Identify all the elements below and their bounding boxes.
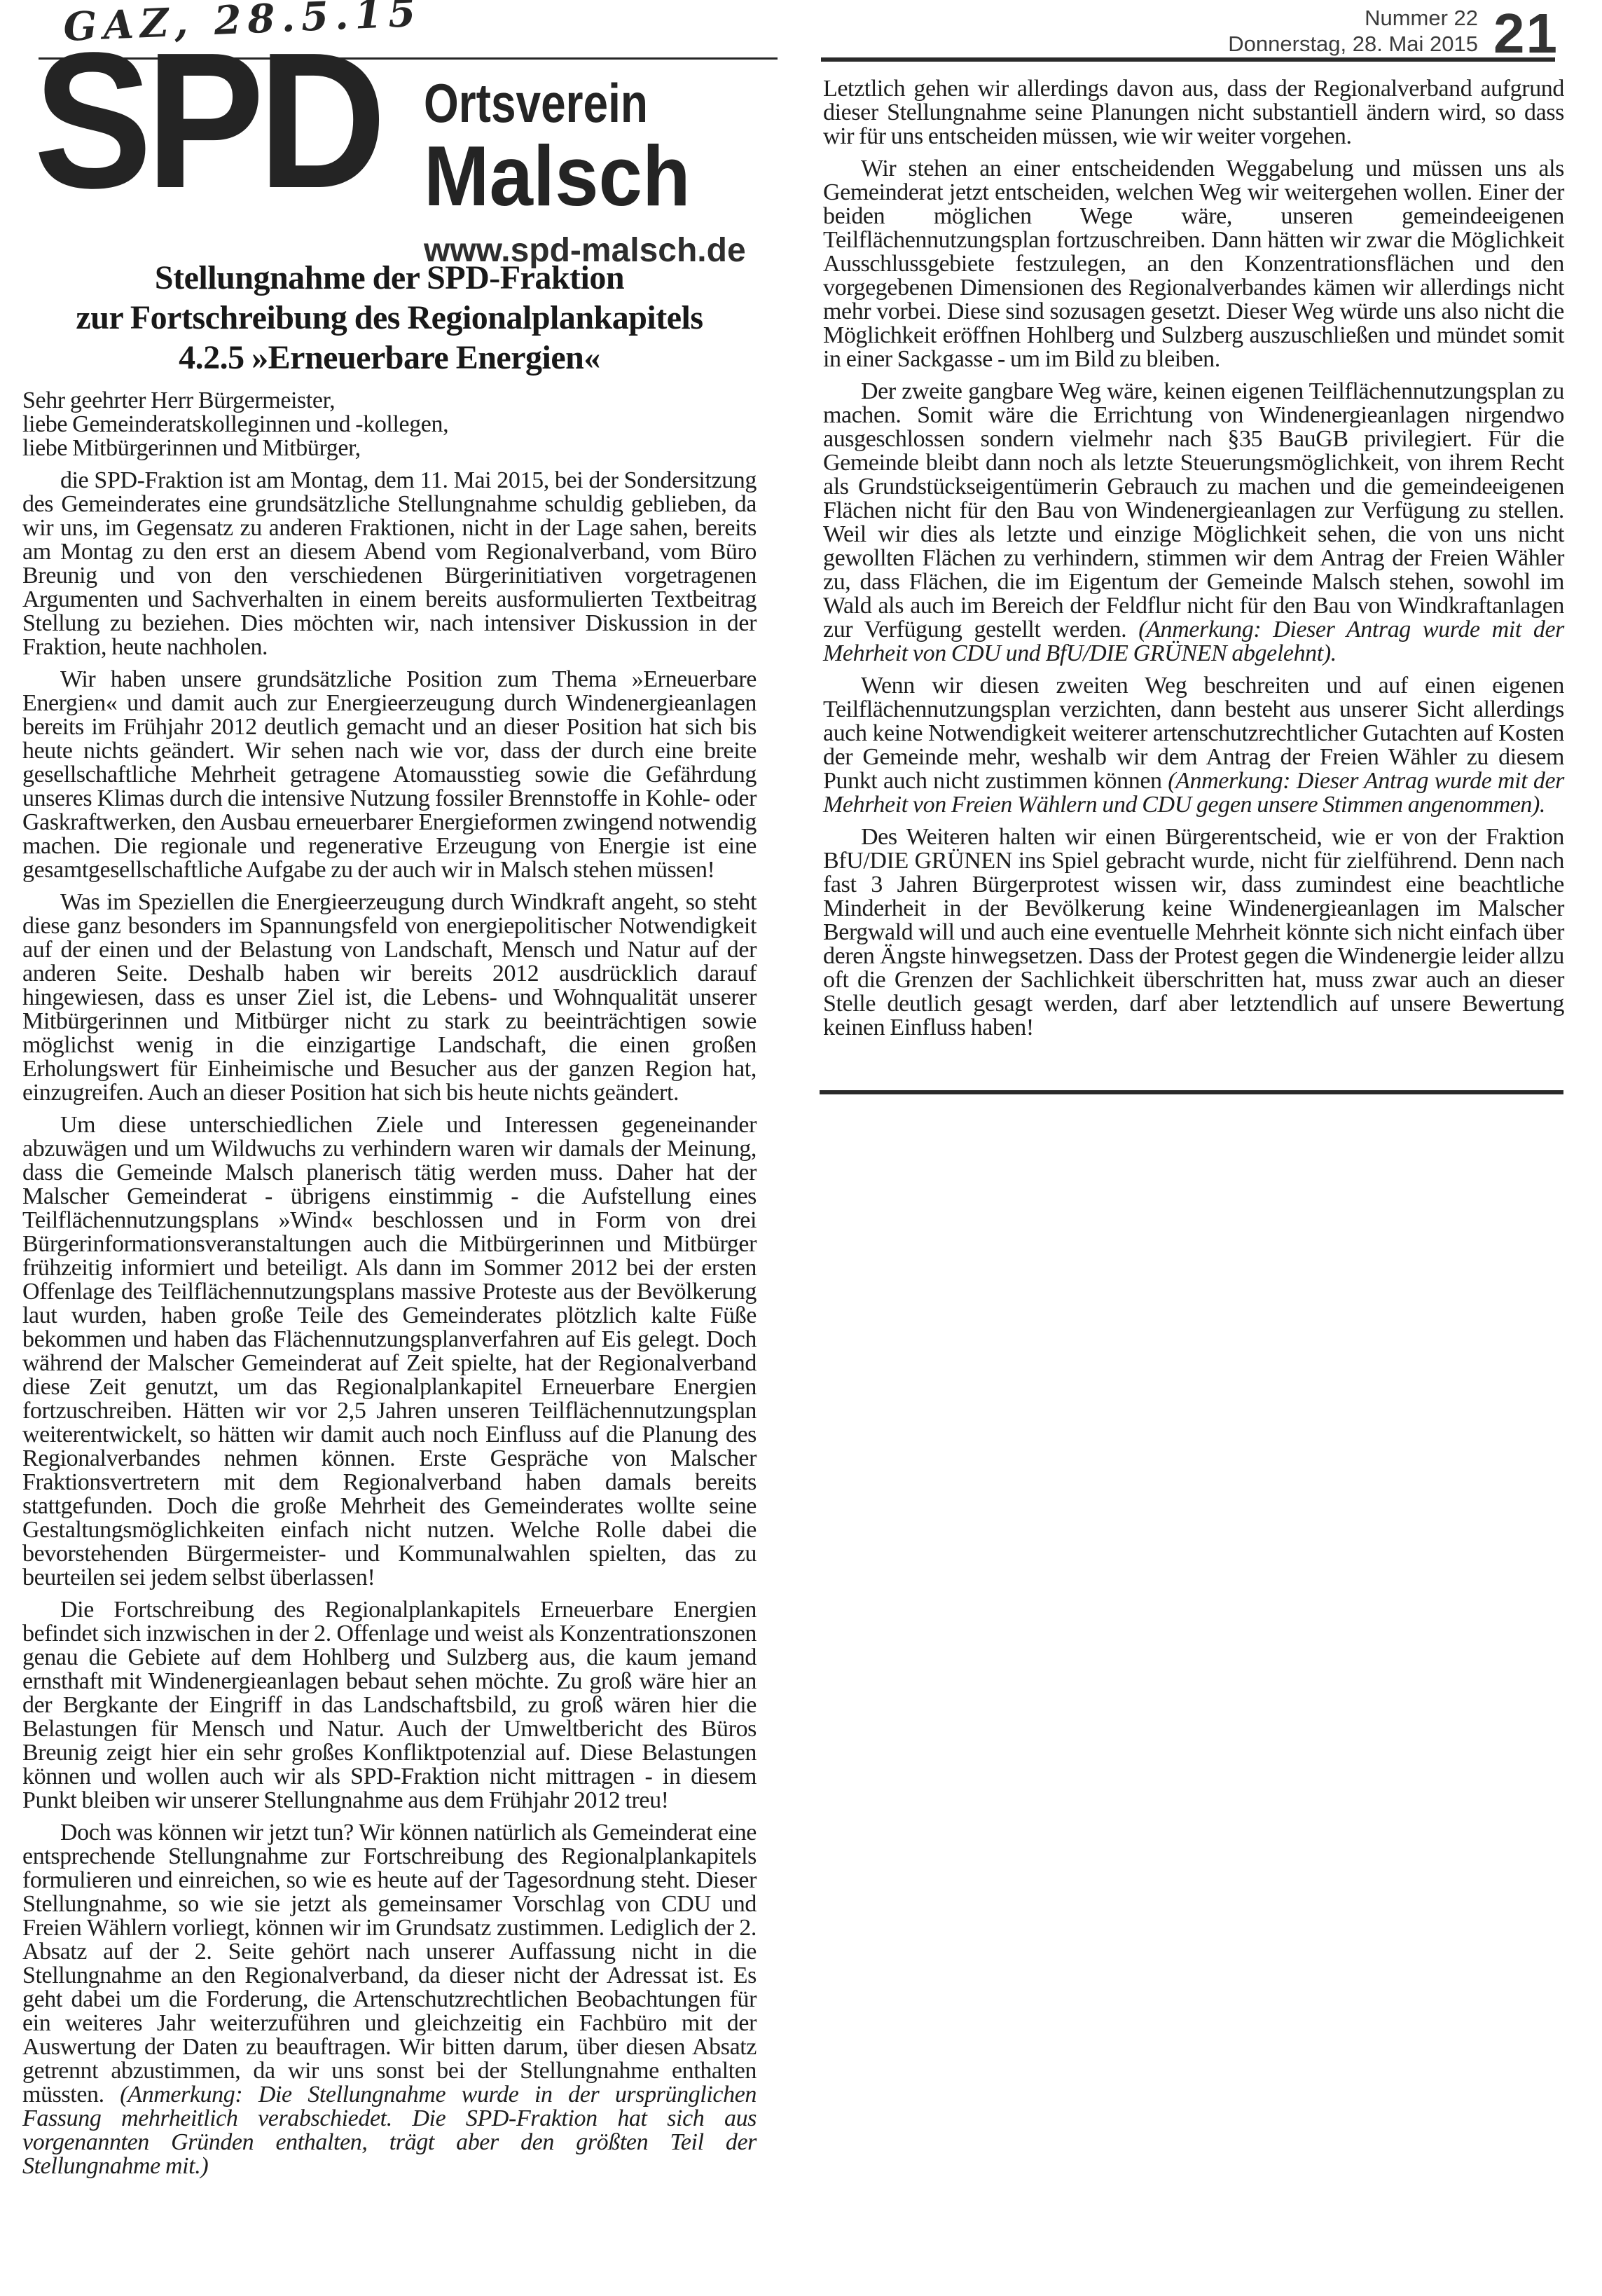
right-column-paragraphs: Letztlich gehen wir allerdings davon aus… xyxy=(823,77,1564,1040)
logo-org-line2: Malsch xyxy=(424,133,759,219)
article-title-line3: 4.2.5 »Erneuerbare Energien« xyxy=(179,339,600,376)
masthead: Nummer 22 Donnerstag, 28. Mai 2015 xyxy=(1086,7,1478,55)
logo-org-line1: Ortsverein xyxy=(424,76,722,130)
article-paragraph: Letztlich gehen wir allerdings davon aus… xyxy=(823,77,1564,149)
newspaper-page: GAZ, 28.5.15 Nummer 22 Donnerstag, 28. M… xyxy=(0,0,1602,2296)
masthead-date: Donnerstag, 28. Mai 2015 xyxy=(1086,33,1478,56)
article-paragraph: liebe Mitbürgerinnen und Mitbürger, xyxy=(22,436,757,460)
left-column-paragraphs: Sehr geehrter Herr Bürgermeister,liebe G… xyxy=(22,389,757,2178)
paragraph-text: liebe Mitbürgerinnen und Mitbürger, xyxy=(22,435,361,461)
masthead-issue: Nummer 22 xyxy=(1086,7,1478,30)
logo-org-block: Ortsverein Malsch www.spd-malsch.de xyxy=(424,76,788,268)
paragraph-text: Der zweite gangbare Weg wäre, keinen eig… xyxy=(823,378,1564,642)
article-right-column: Letztlich gehen wir allerdings davon aus… xyxy=(823,77,1564,1040)
article-title-line1: Stellungnahme der SPD-Fraktion xyxy=(155,259,624,296)
paragraph-text: Die Fortschreibung des Regionalplankapit… xyxy=(22,1597,757,1813)
article-paragraph: Sehr geehrter Herr Bürgermeister, xyxy=(22,389,757,413)
spd-logo: SPD Ortsverein Malsch www.spd-malsch.de xyxy=(34,67,790,256)
article-title-line2: zur Fortschreibung des Regionalplankapit… xyxy=(76,299,703,336)
paragraph-text: liebe Gemeinderatskolleginnen und -kolle… xyxy=(22,411,448,437)
paragraph-text: Sehr geehrter Herr Bürgermeister, xyxy=(22,387,335,413)
article-title: Stellungnahme der SPD-Fraktion zur Forts… xyxy=(22,258,757,378)
paragraph-text: Um diese unterschiedlichen Ziele und Int… xyxy=(22,1112,757,1590)
paragraph-annotation-italic: (Anmerkung: Die Stellungnahme wurde in d… xyxy=(22,2082,757,2179)
article-left-column: Stellungnahme der SPD-Fraktion zur Forts… xyxy=(22,258,757,2178)
article-paragraph: Der zweite gangbare Weg wäre, keinen eig… xyxy=(823,380,1564,666)
article-paragraph: die SPD-Fraktion ist am Montag, dem 11. … xyxy=(22,469,757,659)
article-paragraph: Des Weiteren halten wir einen Bürgerents… xyxy=(823,825,1564,1040)
paragraph-text: Wir stehen an einer entscheidenden Wegga… xyxy=(823,156,1564,372)
article-paragraph: Um diese unterschiedlichen Ziele und Int… xyxy=(22,1113,757,1590)
masthead-rule xyxy=(821,57,1555,62)
paragraph-text: Des Weiteren halten wir einen Bürgerents… xyxy=(823,824,1564,1040)
article-paragraph: Wir haben unsere grundsätzliche Position… xyxy=(22,668,757,882)
article-paragraph: Die Fortschreibung des Regionalplankapit… xyxy=(22,1598,757,1813)
paragraph-text: Doch was können wir jetzt tun? Wir könne… xyxy=(22,1820,757,2108)
article-paragraph: Wenn wir diesen zweiten Weg beschreiten … xyxy=(823,674,1564,817)
article-paragraph: Was im Speziellen die Energieerzeugung d… xyxy=(22,891,757,1105)
article-paragraph: Wir stehen an einer entscheidenden Wegga… xyxy=(823,157,1564,371)
article-paragraph: Doch was können wir jetzt tun? Wir könne… xyxy=(22,1821,757,2178)
logo-party-name: SPD xyxy=(34,24,380,217)
paragraph-text: Letztlich gehen wir allerdings davon aus… xyxy=(823,76,1564,149)
paragraph-text: Was im Speziellen die Energieerzeugung d… xyxy=(22,889,757,1106)
masthead-page-number: 21 xyxy=(1493,1,1570,66)
article-paragraph: liebe Gemeinderatskolleginnen und -kolle… xyxy=(22,413,757,436)
paragraph-text: die SPD-Fraktion ist am Montag, dem 11. … xyxy=(22,467,757,660)
article-closing-rule xyxy=(820,1090,1563,1094)
paragraph-text: Wir haben unsere grundsätzliche Position… xyxy=(22,666,757,883)
